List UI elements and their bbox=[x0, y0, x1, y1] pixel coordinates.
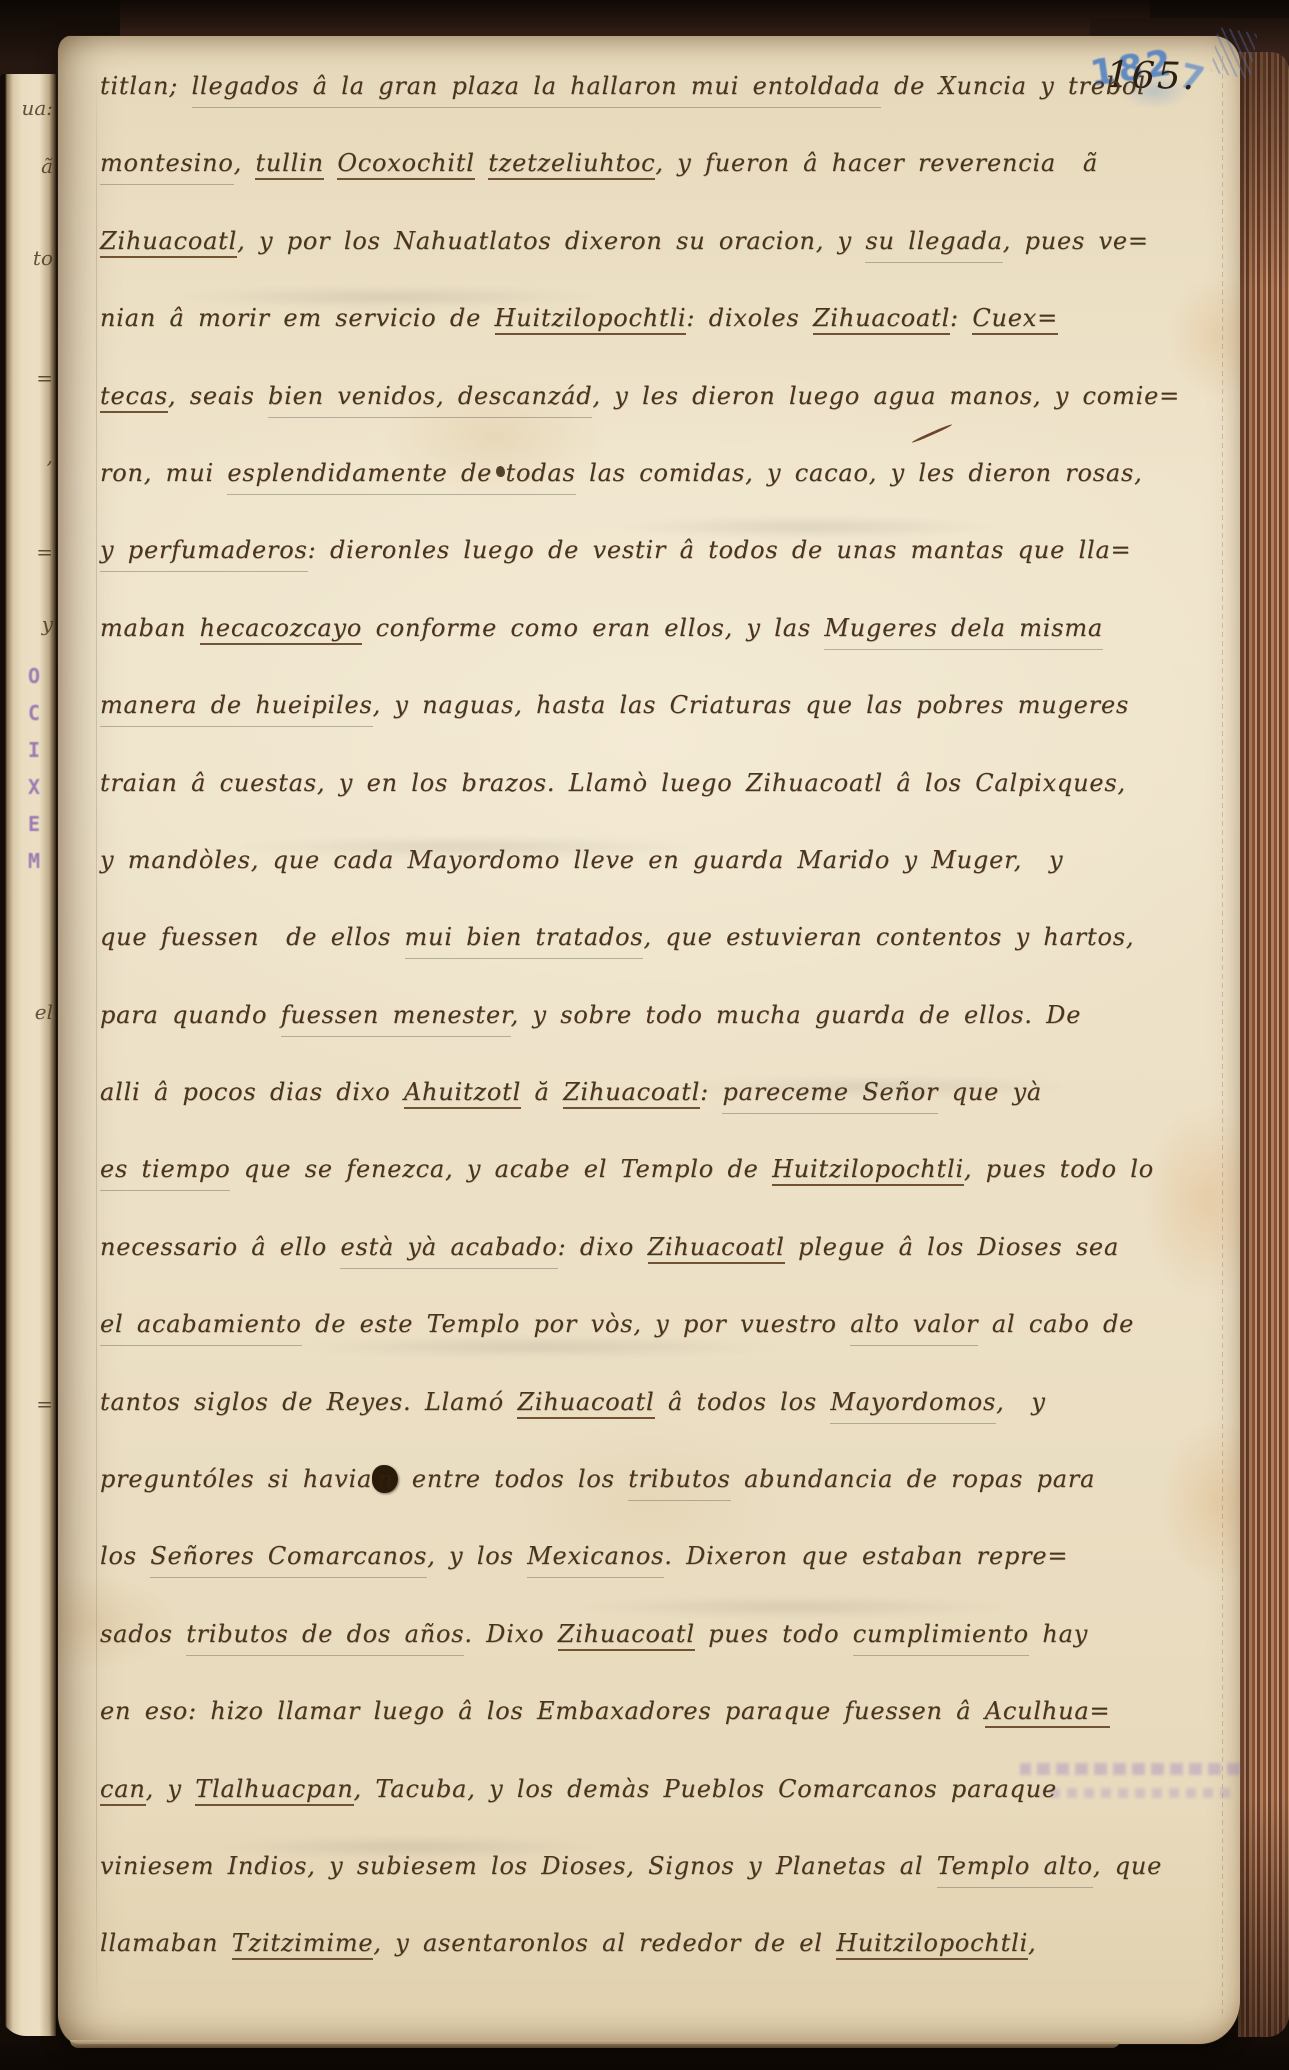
handwritten-text: : bbox=[950, 304, 972, 332]
handwritten-text: y mandòles, que cada Mayordomo lleve en … bbox=[100, 846, 1063, 874]
stamp-letter: M bbox=[28, 851, 40, 871]
manuscript-line: necessario â ello està yà acabado: dixo … bbox=[100, 1209, 1228, 1286]
manuscript-line: es tiempo que se fenezca, y acabe el Tem… bbox=[100, 1131, 1228, 1208]
manuscript-line: para quando fuessen menester, y sobre to… bbox=[100, 977, 1228, 1054]
underlined-word: Zihuacoatl bbox=[558, 1620, 695, 1651]
handwritten-text: alli â pocos dias dixo bbox=[100, 1078, 404, 1106]
handwritten-text: , y naguas, hasta las Criaturas que las … bbox=[373, 691, 1130, 719]
handwritten-text: al cabo de bbox=[978, 1310, 1134, 1338]
stamp-letter: O bbox=[28, 666, 40, 686]
handwritten-text: llamaban bbox=[100, 1929, 232, 1957]
handwritten-text: fuessen menester bbox=[281, 1001, 511, 1037]
manuscript-line: montesino, tullin Ocoxochitl tzetzeliuht… bbox=[100, 125, 1228, 202]
manuscript-line: y perfumaderos: dieronles luego de vesti… bbox=[100, 512, 1228, 589]
underlined-word: tzetzeliuhtoc bbox=[488, 149, 655, 180]
handwritten-text: , y les dieron luego agua manos, y comie… bbox=[592, 382, 1180, 410]
handwritten-text: las comidas, y cacao, y les dieron rosas… bbox=[576, 459, 1143, 487]
manuscript-line: titlan; llegados â la gran plaza la hall… bbox=[100, 48, 1228, 125]
handwritten-text: alto valor bbox=[850, 1310, 978, 1346]
handwritten-text: â todos los bbox=[655, 1388, 831, 1416]
handwritten-text: , que bbox=[1093, 1852, 1162, 1880]
underlined-word: Zihuacoatl bbox=[563, 1078, 700, 1109]
inked-out-word: n bbox=[372, 1465, 398, 1493]
handwritten-text: montesino bbox=[100, 149, 234, 185]
handwritten-text: manera de hueipiles bbox=[100, 691, 373, 727]
cut-off-text-fragment: = bbox=[36, 1392, 53, 1416]
handwritten-text: de Xuncia y trebol bbox=[881, 72, 1146, 100]
manuscript-line: maban hecacozcayo conforme como eran ell… bbox=[100, 590, 1228, 667]
underlined-word: Zihuacoatl bbox=[517, 1388, 654, 1419]
underlined-word: Ocoxochitl bbox=[337, 149, 474, 180]
handwritten-text: , bbox=[1028, 1929, 1036, 1957]
handwritten-text: . Dixo bbox=[464, 1620, 557, 1648]
stamp-letter: X bbox=[28, 777, 40, 797]
handwritten-text: , que estuvieran contentos y hartos, bbox=[643, 923, 1134, 951]
underlined-word: Zihuacoatl bbox=[100, 227, 237, 258]
handwritten-text: bien venidos, descanzád bbox=[268, 382, 592, 418]
handwritten-text: en eso: hizo llamar luego â los Embaxado… bbox=[100, 1697, 985, 1725]
cut-off-text-fragment: el bbox=[35, 1000, 53, 1024]
handwritten-text: , y bbox=[146, 1775, 196, 1803]
handwritten-text: Señores Comarcanos bbox=[150, 1542, 427, 1578]
handwritten-text: que se fenezca, y acabe el Templo de bbox=[230, 1155, 772, 1183]
handwritten-text: el acabamiento bbox=[100, 1310, 302, 1346]
handwritten-text: titlan; bbox=[100, 72, 192, 100]
handwritten-text: es tiempo bbox=[100, 1155, 230, 1191]
manuscript-line: alli â pocos dias dixo Ahuitzotl ă Zihua… bbox=[100, 1054, 1228, 1131]
handwritten-text: preguntóles si havia bbox=[100, 1465, 372, 1493]
cut-off-text-fragment: ã bbox=[41, 154, 53, 178]
handwritten-text: entre todos los bbox=[398, 1465, 628, 1493]
handwritten-text: està yà acabado bbox=[340, 1233, 557, 1269]
handwritten-text: hay bbox=[1029, 1620, 1088, 1648]
handwritten-text: esplendidamente de todas bbox=[227, 459, 575, 495]
handwritten-text: tributos de dos años bbox=[186, 1620, 464, 1656]
handwritten-text: , pues ve= bbox=[1003, 227, 1149, 255]
handwritten-text: : dixoles bbox=[686, 304, 813, 332]
handwritten-text: Mayordomos bbox=[830, 1388, 996, 1424]
handwritten-text: plegue â los Dioses sea bbox=[785, 1233, 1119, 1261]
cut-off-text-fragment: to bbox=[33, 246, 53, 270]
handwritten-text: pues todo bbox=[695, 1620, 853, 1648]
handwritten-text: tributos bbox=[628, 1465, 730, 1501]
handwritten-text: , bbox=[234, 149, 256, 177]
handwritten-text: mui bien tratados bbox=[405, 923, 644, 959]
handwritten-text: , Tacuba, y los demàs Pueblos Comarcanos… bbox=[354, 1775, 1057, 1803]
underlined-word: hecacozcayo bbox=[200, 614, 363, 645]
handwritten-text: nian â morir em servicio de bbox=[100, 304, 495, 332]
handwritten-text bbox=[324, 149, 337, 177]
underlined-word: Huitzilopochtli bbox=[495, 304, 687, 335]
handwritten-text: los bbox=[100, 1542, 150, 1570]
handwritten-text: de este Templo por vòs, y por vuestro bbox=[302, 1310, 851, 1338]
handwritten-text: , y por los Nahuatlatos dixeron su oraci… bbox=[237, 227, 865, 255]
underlined-word: Ahuitzotl bbox=[404, 1078, 521, 1109]
handwritten-text: Mugeres dela misma bbox=[824, 614, 1103, 650]
handwritten-text: , y asentaronlos al rededor de el bbox=[373, 1929, 836, 1957]
manuscript-line: en eso: hizo llamar luego â los Embaxado… bbox=[100, 1673, 1228, 1750]
underlined-word: tullin bbox=[255, 149, 323, 180]
page-bottom-edge bbox=[70, 2040, 1120, 2048]
handwritten-text: Templo alto bbox=[937, 1852, 1093, 1888]
handwritten-text: que yà bbox=[938, 1078, 1042, 1106]
manuscript-line: tecas, seais bien venidos, descanzád, y … bbox=[100, 358, 1228, 435]
handwritten-text: maban bbox=[100, 614, 200, 642]
manuscript-line: que fuessen de ellos mui bien tratados, … bbox=[100, 899, 1228, 976]
underlined-word: Tzitzimime bbox=[232, 1929, 374, 1960]
handwritten-text: , y bbox=[996, 1388, 1046, 1416]
handwritten-text: ron, mui bbox=[100, 459, 227, 487]
previous-page-edge: ua:ãto=,=yel= bbox=[0, 74, 56, 2036]
manuscript-lines: titlan; llegados â la gran plaza la hall… bbox=[100, 48, 1228, 1983]
handwritten-text: abundancia de ropas para bbox=[731, 1465, 1096, 1493]
manuscript-line: preguntóles si havian entre todos los tr… bbox=[100, 1441, 1228, 1518]
left-margin-rule bbox=[96, 60, 97, 2014]
manuscript-line: Zihuacoatl, y por los Nahuatlatos dixero… bbox=[100, 203, 1228, 280]
page-edges-right bbox=[1238, 52, 1289, 2037]
manuscript-line: traian â cuestas, y en los brazos. Llamò… bbox=[100, 745, 1228, 822]
handwritten-text: viniesem Indios, y subiesem los Dioses, … bbox=[100, 1852, 937, 1880]
purple-stamp-vertical: MEXICO bbox=[28, 666, 40, 871]
underlined-word: Zihuacoatl bbox=[813, 304, 950, 335]
stamp-letter: C bbox=[28, 703, 40, 723]
manuscript-line: los Señores Comarcanos, y los Mexicanos.… bbox=[100, 1518, 1228, 1595]
handwritten-text: y perfumaderos bbox=[100, 536, 308, 572]
handwritten-text: , y los bbox=[427, 1542, 527, 1570]
handwritten-text: ă bbox=[521, 1078, 563, 1106]
handwritten-text: traian â cuestas, y en los brazos. Llamò… bbox=[100, 769, 1126, 797]
handwritten-text: , y fueron â hacer reverencia ã bbox=[655, 149, 1098, 177]
manuscript-line: el acabamiento de este Templo por vòs, y… bbox=[100, 1286, 1228, 1363]
manuscript-page: 182 7 165. MEXICO titlan; llegados â la … bbox=[58, 36, 1240, 2044]
handwritten-text: que fuessen de ellos bbox=[100, 923, 405, 951]
manuscript-line: manera de hueipiles, y naguas, hasta las… bbox=[100, 667, 1228, 744]
manuscript-line: viniesem Indios, y subiesem los Dioses, … bbox=[100, 1828, 1228, 1905]
manuscript-line: can, y Tlalhuacpan, Tacuba, y los demàs … bbox=[100, 1751, 1228, 1828]
handwritten-text: . Dixeron que estaban repre= bbox=[664, 1542, 1068, 1570]
underlined-word: Cuex= bbox=[972, 304, 1058, 335]
underlined-word: Huitzilopochtli bbox=[836, 1929, 1028, 1960]
stamp-letter: I bbox=[28, 740, 40, 760]
handwritten-text: conforme como eran ellos, y las bbox=[362, 614, 824, 642]
cut-off-text-fragment: y bbox=[42, 612, 53, 636]
handwritten-text: : dieronles luego de vestir â todos de u… bbox=[308, 536, 1132, 564]
manuscript-line: tantos siglos de Reyes. Llamó Zihuacoatl… bbox=[100, 1364, 1228, 1441]
cut-off-text-fragment: , bbox=[47, 444, 53, 468]
handwritten-text: , seais bbox=[168, 382, 268, 410]
handwritten-text bbox=[475, 149, 488, 177]
handwritten-text: su llegada bbox=[865, 227, 1002, 263]
handwritten-text: : dixo bbox=[558, 1233, 648, 1261]
handwritten-text: cumplimiento bbox=[853, 1620, 1029, 1656]
handwritten-text: tantos siglos de Reyes. Llamó bbox=[100, 1388, 517, 1416]
handwritten-text: , y sobre todo mucha guarda de ellos. De bbox=[511, 1001, 1082, 1029]
underlined-word: Huitzilopochtli bbox=[772, 1155, 964, 1186]
handwritten-text: Mexicanos bbox=[527, 1542, 664, 1578]
underlined-word: Aculhua= bbox=[985, 1697, 1111, 1728]
handwritten-text: necessario â ello bbox=[100, 1233, 340, 1261]
handwritten-text: : bbox=[700, 1078, 722, 1106]
underlined-word: Tlalhuacpan bbox=[195, 1775, 353, 1806]
cut-off-text-fragment: = bbox=[36, 366, 53, 390]
manuscript-line: ron, mui esplendidamente de todas las co… bbox=[100, 435, 1228, 512]
handwritten-text: sados bbox=[100, 1620, 186, 1648]
handwritten-text: pareceme Señor bbox=[722, 1078, 938, 1114]
handwritten-text: , pues todo lo bbox=[964, 1155, 1154, 1183]
handwritten-text: para quando bbox=[100, 1001, 281, 1029]
manuscript-line: y mandòles, que cada Mayordomo lleve en … bbox=[100, 822, 1228, 899]
book-photograph: ua:ãto=,=yel= 182 7 165. MEXICO titlan; … bbox=[0, 0, 1289, 2070]
underlined-word: can bbox=[100, 1775, 146, 1806]
manuscript-line: llamaban Tzitzimime, y asentaronlos al r… bbox=[100, 1905, 1228, 1982]
manuscript-line: sados tributos de dos años. Dixo Zihuaco… bbox=[100, 1596, 1228, 1673]
cut-off-text-fragment: = bbox=[36, 540, 53, 564]
underlined-word: tecas bbox=[100, 382, 168, 413]
stamp-letter: E bbox=[28, 814, 40, 834]
manuscript-line: nian â morir em servicio de Huitzilopoch… bbox=[100, 280, 1228, 357]
handwritten-text: llegados â la gran plaza la hallaron mui… bbox=[192, 72, 881, 108]
cut-off-text-fragment: ua: bbox=[21, 96, 53, 120]
underlined-word: Zihuacoatl bbox=[648, 1233, 785, 1264]
